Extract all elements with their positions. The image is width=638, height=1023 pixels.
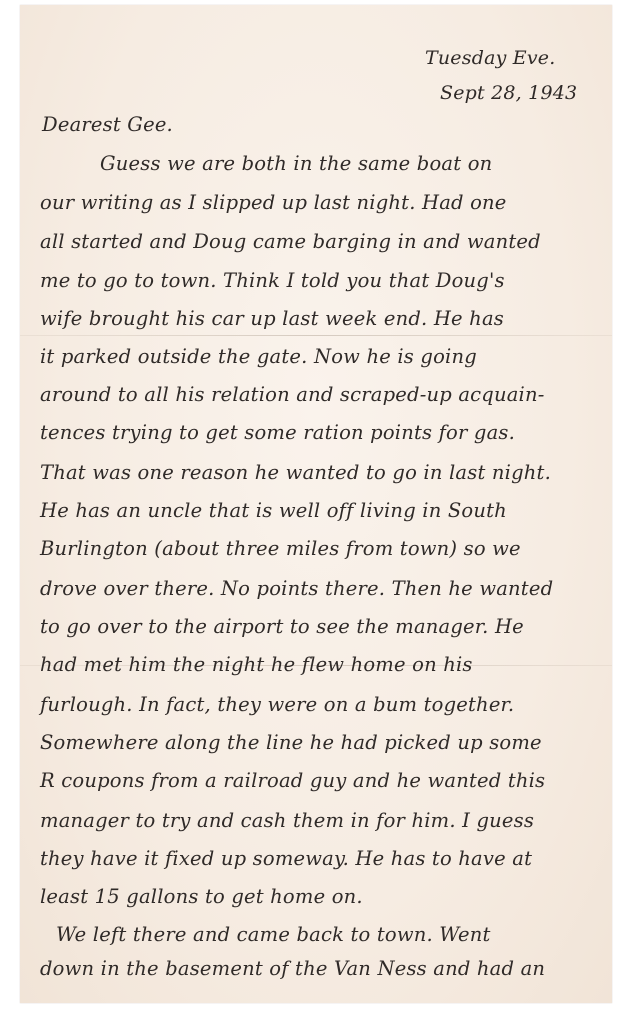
body-line: furlough. In fact, they were on a bum to… [40,693,514,716]
dateline-date: Sept 28, 1943 [440,82,577,104]
salutation: Dearest Gee. [42,113,173,136]
body-line: our writing as I slipped up last night. … [40,191,507,214]
body-line: tences trying to get some ration points … [40,421,515,444]
body-line: least 15 gallons to get home on. [40,885,363,908]
body-line: to go over to the airport to see the man… [40,615,524,638]
body-line: had met him the night he flew home on hi… [40,653,473,676]
dateline-day: Tuesday Eve. [425,47,555,69]
body-line: We left there and came back to town. Wen… [56,923,491,946]
fold-crease [20,335,612,336]
body-line: He has an uncle that is well off living … [40,499,507,522]
body-line: they have it fixed up someway. He has to… [40,847,532,870]
body-line: down in the basement of the Van Ness and… [40,957,545,980]
letter-page: Tuesday Eve. Sept 28, 1943 Dearest Gee. … [20,5,612,1003]
body-line: Somewhere along the line he had picked u… [40,731,542,754]
body-line: it parked outside the gate. Now he is go… [40,345,477,368]
body-line: around to all his relation and scraped-u… [40,383,545,406]
body-line: all started and Doug came barging in and… [40,230,541,253]
body-line: wife brought his car up last week end. H… [40,307,504,330]
body-line: me to go to town. Think I told you that … [40,269,505,292]
body-line: Guess we are both in the same boat on [100,152,492,175]
body-line: drove over there. No points there. Then … [40,577,553,600]
body-line: R coupons from a railroad guy and he wan… [40,769,545,792]
body-line: Burlington (about three miles from town)… [40,537,521,560]
body-line: That was one reason he wanted to go in l… [40,461,551,484]
body-line: manager to try and cash them in for him.… [40,809,534,832]
